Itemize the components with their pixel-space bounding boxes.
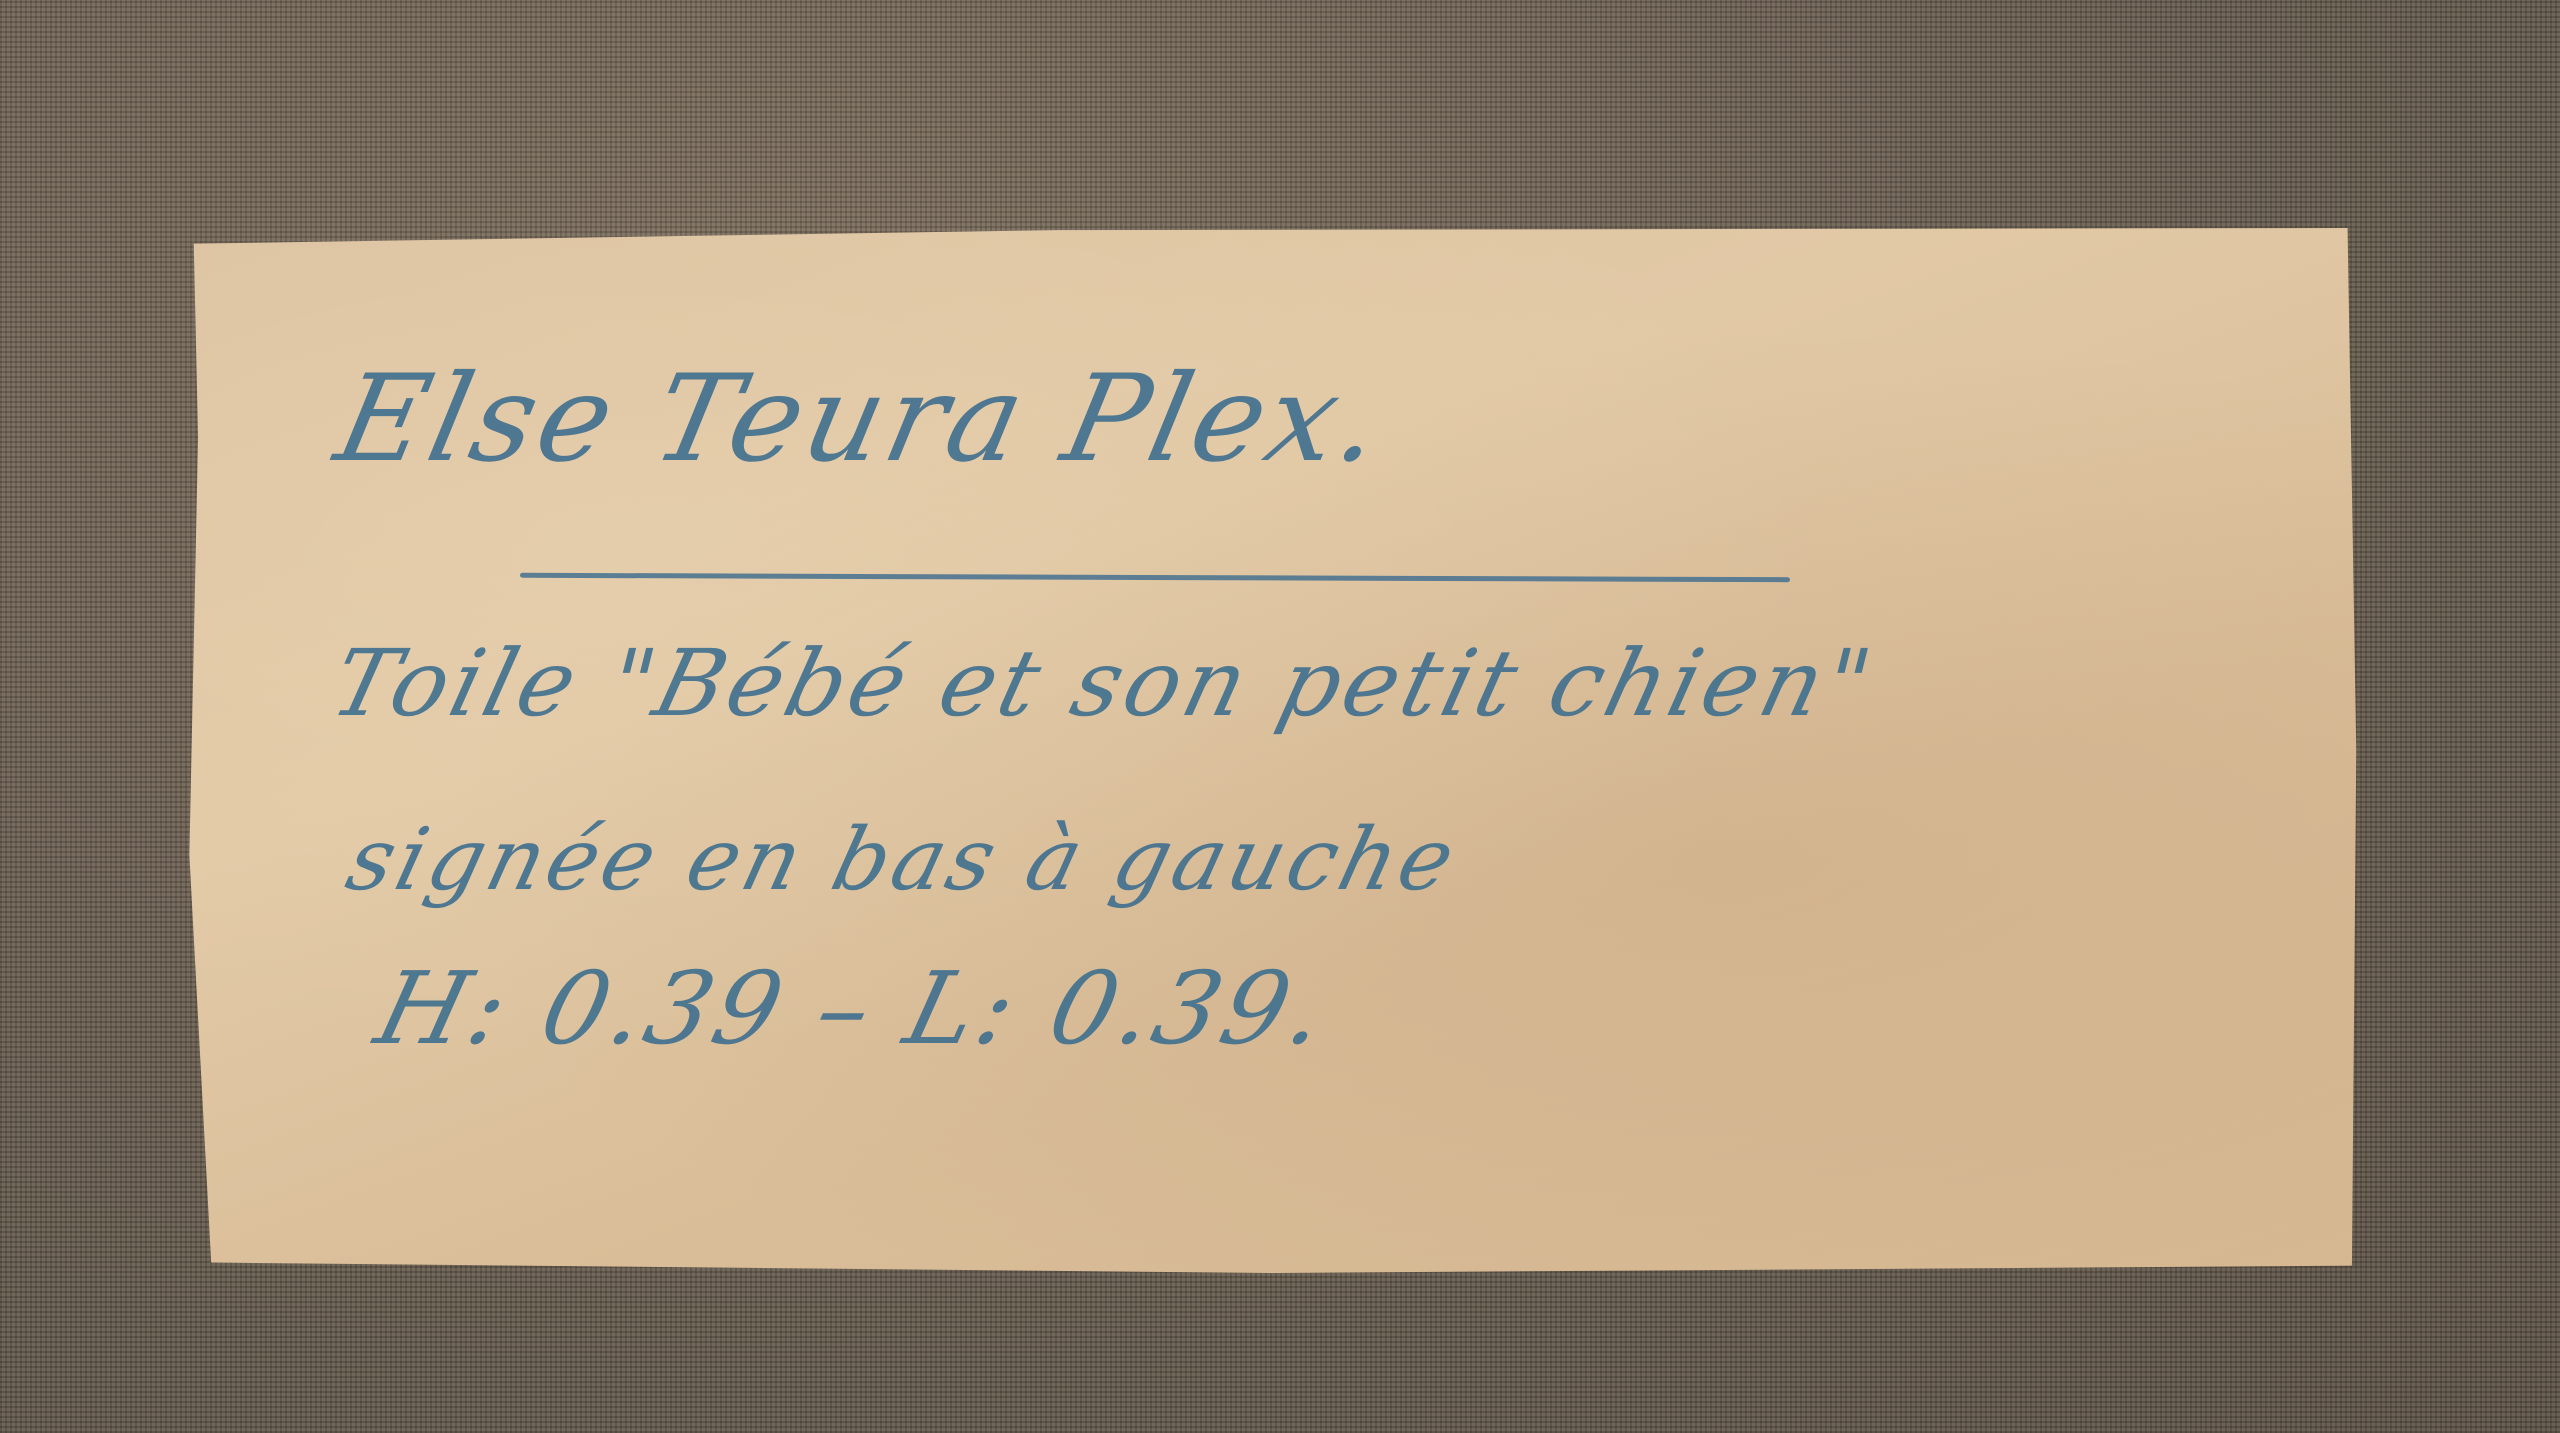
signature-note: signée en bas à gauche	[338, 810, 1468, 910]
artist-name: Else Teura Plex.	[325, 350, 1397, 489]
dimensions: H: 0.39 – L: 0.39.	[365, 950, 1341, 1067]
artwork-title: Toile "Bébé et son petit chien"	[322, 630, 1886, 737]
